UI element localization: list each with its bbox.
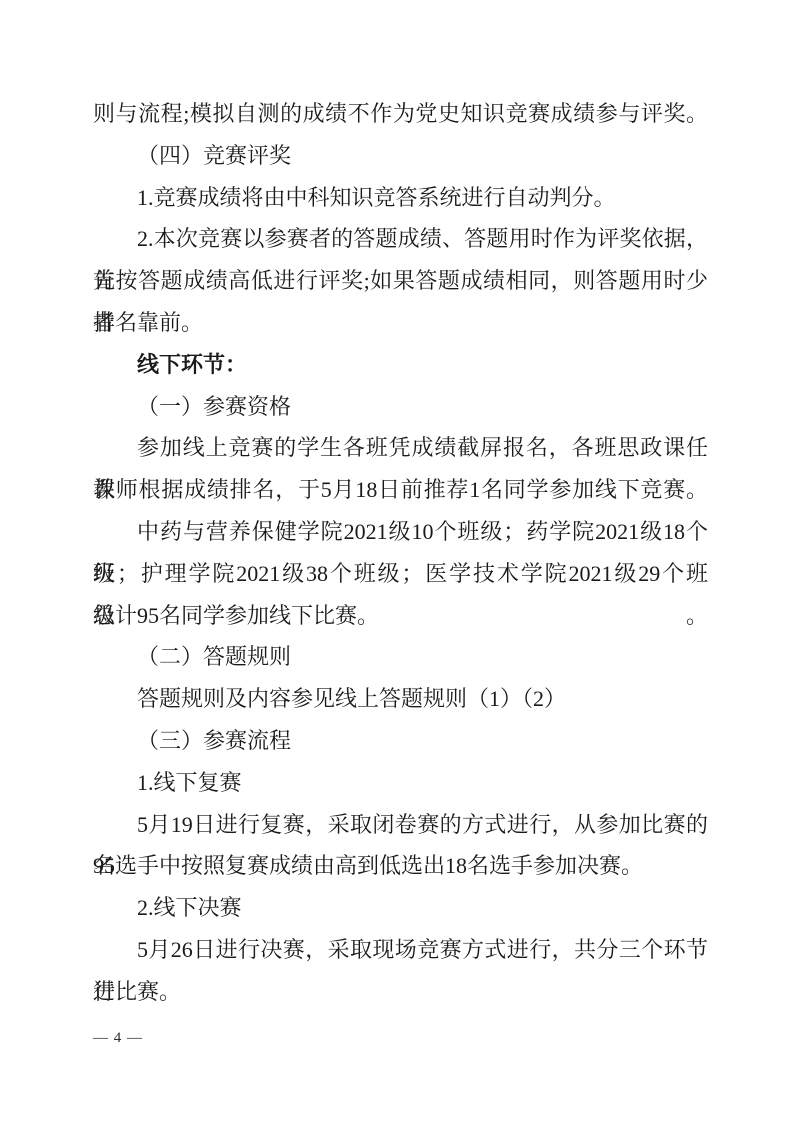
doc-line: 5月26日进行决赛，采取现场竞赛方式进行，共分三个环节进: [93, 929, 708, 971]
heading-section-3: （三）参赛流程: [93, 720, 708, 762]
heading-section-1: （一）参赛资格: [93, 386, 708, 428]
document-page-body: 则与流程;模拟自测的成绩不作为党史知识竞赛成绩参与评奖。 （四）竞赛评奖 1.竞…: [93, 93, 708, 1013]
doc-line: 2.本次竞赛以参赛者的答题成绩、答题用时作为评奖依据，首: [93, 218, 708, 260]
doc-line: 则与流程;模拟自测的成绩不作为党史知识竞赛成绩参与评奖。: [93, 93, 708, 135]
doc-line: 教师根据成绩排名，于5月18日前推荐1名同学参加线下竞赛。: [93, 469, 708, 511]
doc-line: 行比赛。: [93, 971, 708, 1013]
doc-line: 排名靠前。: [93, 302, 708, 344]
doc-line: 参加线上竞赛的学生各班凭成绩截屏报名，各班思政课任课: [93, 427, 708, 469]
doc-line: 5月19日进行复赛，采取闭卷赛的方式进行，从参加比赛的95: [93, 804, 708, 846]
item-offline-final: 2.线下决赛: [93, 887, 708, 929]
doc-line: 中药与营养保健学院2021级10个班级；药学院2021级18个班: [93, 511, 708, 553]
doc-line: 答题规则及内容参见线上答题规则（1）（2）: [93, 678, 708, 720]
page-number: — 4 —: [93, 1028, 143, 1048]
heading-section-4: （四）竞赛评奖: [93, 135, 708, 177]
heading-offline-stage: 线下环节：: [93, 344, 708, 386]
doc-line: 级；护理学院2021级38个班级；医学技术学院2021级29个班级。: [93, 553, 708, 595]
item-offline-semifinal: 1.线下复赛: [93, 762, 708, 804]
heading-section-2: （二）答题规则: [93, 636, 708, 678]
doc-line: 1.竞赛成绩将由中科知识竞答系统进行自动判分。: [93, 177, 708, 219]
doc-line: 先按答题成绩高低进行评奖;如果答题成绩相同，则答题用时少者: [93, 260, 708, 302]
doc-line: 名选手中按照复赛成绩由高到低选出18名选手参加决赛。: [93, 845, 708, 887]
